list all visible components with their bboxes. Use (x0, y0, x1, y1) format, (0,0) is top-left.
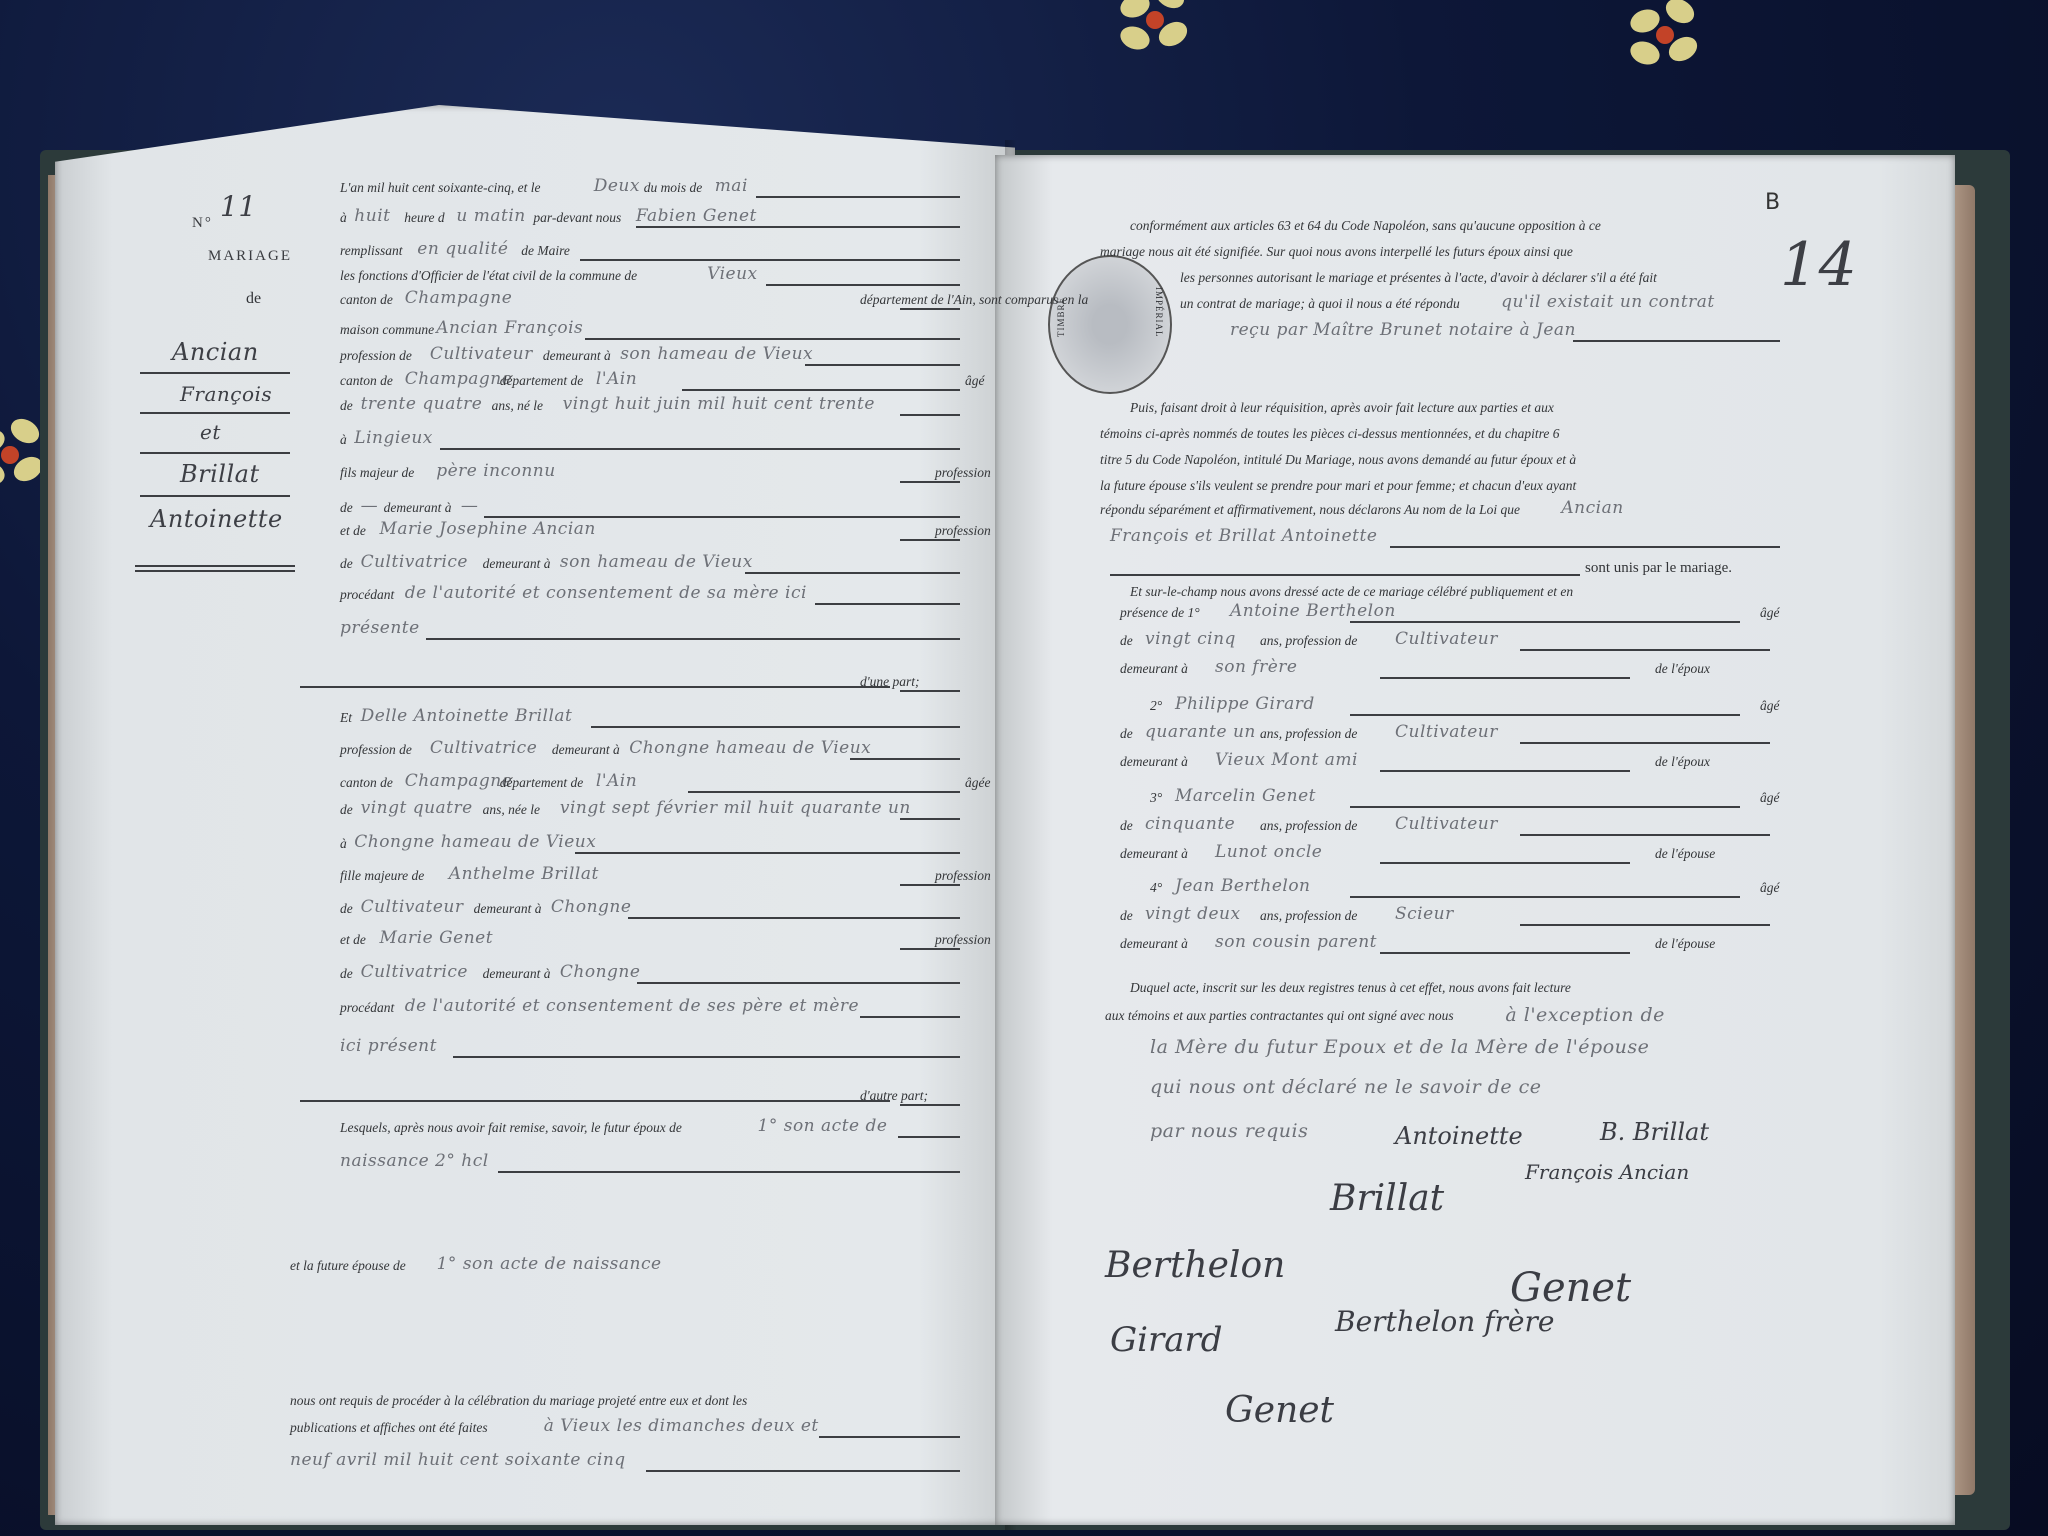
printed-text: mariage nous ait été signifiée. Sur quoi… (1100, 244, 1573, 260)
fill-rule (819, 1436, 960, 1438)
handwritten-entry: son hameau de Vieux (560, 552, 753, 572)
printed-text: profession (935, 465, 991, 481)
printed-text: fille majeure de (340, 868, 424, 884)
printed-text: répondu séparément et affirmativement, n… (1100, 502, 1520, 518)
printed-text: profession (935, 932, 991, 948)
de-label: de (1120, 908, 1133, 924)
act-number-label: N° (192, 215, 213, 232)
embroidered-flower (1120, 0, 1190, 55)
fill-rule (682, 389, 960, 391)
signature: Genet (1225, 1390, 1334, 1431)
de-label: de (1120, 818, 1133, 834)
fill-rule (900, 539, 960, 541)
fill-rule (1573, 340, 1780, 342)
printed-text: et de (340, 932, 366, 948)
handwritten-entry: à l'exception de (1505, 1004, 1665, 1026)
fill-rule (636, 226, 960, 228)
handwritten-entry: Cultivatrice (361, 552, 468, 572)
printed-text: titre 5 du Code Napoléon, intitulé Du Ma… (1100, 452, 1576, 468)
handwritten-entry: Cultivatrice (361, 962, 468, 982)
handwritten-entry: neuf avril mil huit cent soixante cinq (290, 1450, 626, 1470)
fill-rule (300, 686, 890, 688)
witness-profession: Cultivateur (1395, 722, 1498, 742)
printed-text: à (340, 836, 347, 852)
fill-rule (900, 1104, 960, 1106)
handwritten-entry: François et Brillat Antoinette (1110, 526, 1377, 546)
fill-rule (900, 414, 960, 416)
de-label: de (1120, 726, 1133, 742)
printed-text: et de (340, 523, 366, 539)
witness-ordinal: 3° (1150, 790, 1162, 806)
witness-name: Antoine Berthelon (1230, 601, 1396, 621)
fill-rule (756, 196, 960, 198)
printed-text: ans, né le (492, 398, 543, 414)
fill-rule (805, 364, 960, 366)
handwritten-entry: vingt huit juin mil huit cent trente (563, 394, 875, 414)
fill-rule (688, 791, 960, 793)
fill-rule (575, 852, 960, 854)
fill-rule (300, 1100, 890, 1102)
de-label: de (1120, 633, 1133, 649)
printed-text: de (340, 966, 353, 982)
relation-label: de l'époux (1655, 754, 1710, 770)
witness-profession: Scieur (1395, 904, 1454, 924)
handwritten-entry: reçu par Maître Brunet notaire à Jean (1230, 320, 1576, 340)
printed-text: profession (935, 868, 991, 884)
handwritten-entry: — (361, 496, 379, 516)
page-letter: B (1765, 190, 1780, 215)
age-label: âgé (1760, 698, 1780, 714)
printed-text: d'une part; (860, 674, 920, 690)
handwritten-entry: Champagne (405, 369, 513, 389)
fill-rule (1350, 621, 1740, 623)
corner-mark: 14 (1780, 230, 1857, 300)
printed-text: de (340, 398, 353, 414)
printed-text: du mois de (644, 180, 703, 196)
printed-text: de (340, 556, 353, 572)
handwritten-entry: Chongne hameau de Vieux (629, 738, 871, 758)
fill-rule (580, 259, 960, 261)
fill-rule (766, 284, 960, 286)
printed-text: un contrat de mariage; à quoi il nous a … (1180, 296, 1460, 312)
handwritten-entry: Champagne (405, 288, 513, 308)
handwritten-entry: — (461, 496, 479, 516)
printed-text: la future épouse s'ils veulent se prendr… (1100, 478, 1576, 494)
witness-ordinal: présence de 1° (1120, 605, 1200, 621)
witness-ordinal: 4° (1150, 880, 1162, 896)
fill-rule (898, 1136, 961, 1138)
handwritten-entry: de l'autorité et consentement de sa mère… (405, 583, 807, 603)
printed-text: procédant (340, 1000, 394, 1016)
printed-text: canton de (340, 373, 393, 389)
fill-rule (1520, 834, 1770, 836)
fill-rule (1110, 574, 1580, 576)
printed-text: les personnes autorisant le mariage et p… (1180, 270, 1657, 286)
fill-rule (900, 690, 960, 692)
handwritten-entry: l'Ain (596, 771, 637, 791)
printed-text: demeurant à (483, 966, 551, 982)
signature: Berthelon frère (1335, 1305, 1554, 1338)
handwritten-entry: mai (715, 176, 748, 196)
handwritten-entry: vingt sept février mil huit quarante un (560, 798, 911, 818)
printed-text: canton de (340, 292, 393, 308)
handwritten-entry: la Mère du futur Epoux et de la Mère de … (1150, 1036, 1649, 1058)
witness-age: quarante un (1145, 722, 1256, 742)
printed-text: Lesquels, après nous avoir fait remise, … (340, 1120, 682, 1136)
printed-text: aux témoins et aux parties contractantes… (1105, 1008, 1454, 1024)
fill-rule (1350, 714, 1740, 716)
printed-text: conformément aux articles 63 et 64 du Co… (1130, 218, 1601, 234)
act-number: 11 (220, 190, 257, 223)
fill-rule (815, 603, 960, 605)
printed-text: heure d (404, 210, 444, 226)
handwritten-entry: qui nous ont déclaré ne le savoir de ce (1150, 1076, 1542, 1098)
handwritten-entry: de l'autorité et consentement de ses pèr… (405, 996, 859, 1016)
fill-rule (646, 1470, 960, 1472)
fill-rule (1350, 806, 1740, 808)
fill-rule (1520, 924, 1770, 926)
printed-text: canton de (340, 775, 393, 791)
witness-profession: Cultivateur (1395, 814, 1498, 834)
fill-rule (453, 1056, 960, 1058)
fill-rule (426, 638, 960, 640)
printed-text: demeurant à (543, 348, 611, 364)
fill-rule (628, 917, 960, 919)
printed-text: de (340, 901, 353, 917)
printed-text: remplissant (340, 243, 403, 259)
embroidered-flower (1630, 0, 1700, 70)
printed-text: profession de (340, 348, 412, 364)
relation-label: de l'épouse (1655, 936, 1715, 952)
fill-rule (900, 818, 960, 820)
embroidered-flower (0, 420, 45, 490)
handwritten-entry: présente (340, 618, 420, 638)
margin-name-5: Antoinette (150, 505, 283, 533)
printed-text: profession de (340, 742, 412, 758)
printed-text: de Maire (521, 243, 570, 259)
witness-residence: Vieux Mont ami (1215, 750, 1358, 770)
fill-rule (484, 516, 960, 518)
profession-label: ans, profession de (1260, 908, 1357, 924)
printed-text: département de l'Ain, sont comparus en l… (860, 292, 1088, 308)
printed-text: âgé (965, 373, 985, 389)
handwritten-entry: u matin (456, 206, 525, 226)
fill-rule (900, 948, 960, 950)
witness-profession: Cultivateur (1395, 629, 1498, 649)
margin-name-1: Ancian (172, 338, 259, 366)
signature: B. Brillat (1600, 1118, 1709, 1146)
handwritten-entry: Cultivateur (430, 344, 533, 364)
signature: François Ancian (1525, 1160, 1689, 1184)
witness-age: vingt cinq (1145, 629, 1236, 649)
fill-rule (860, 1016, 960, 1018)
margin-rule (140, 412, 290, 414)
signature: Girard (1110, 1320, 1223, 1360)
fill-rule (900, 884, 960, 886)
handwritten-entry: en qualité (417, 239, 508, 259)
handwritten-entry: Vieux (707, 264, 758, 284)
margin-double-rule (135, 565, 295, 567)
printed-text: département de (500, 373, 584, 389)
profession-label: ans, profession de (1260, 633, 1357, 649)
fill-rule (1380, 862, 1630, 864)
printed-text: par-devant nous (533, 210, 621, 226)
witness-age: cinquante (1145, 814, 1235, 834)
handwritten-entry: Cultivateur (361, 897, 464, 917)
margin-title: MARIAGE (208, 248, 292, 265)
margin-rule (140, 452, 290, 454)
witness-name: Jean Berthelon (1175, 876, 1311, 896)
printed-text: nous ont requis de procéder à la célébra… (290, 1393, 747, 1409)
fill-rule (591, 726, 960, 728)
witness-residence: Lunot oncle (1215, 842, 1322, 862)
printed-text: les fonctions d'Officier de l'état civil… (340, 268, 637, 284)
handwritten-entry: 1° son acte de (758, 1116, 888, 1136)
printed-text: demeurant à (384, 500, 452, 516)
fill-rule (585, 338, 960, 340)
handwritten-entry: Cultivatrice (430, 738, 537, 758)
fill-rule (1390, 546, 1780, 548)
signature: Berthelon (1105, 1245, 1285, 1286)
fill-rule (1350, 896, 1740, 898)
printed-text: témoins ci-après nommés de toutes les pi… (1100, 426, 1560, 442)
printed-text: procédant (340, 587, 394, 603)
signature: Brillat (1330, 1178, 1444, 1219)
handwritten-entry: père inconnu (436, 461, 556, 481)
handwritten-entry: Chongne (551, 897, 632, 917)
printed-text: demeurant à (483, 556, 551, 572)
fill-rule (745, 572, 960, 574)
margin-rule (140, 372, 290, 374)
handwritten-entry: Marie Josephine Ancian (380, 519, 596, 539)
handwritten-entry: Ancian (1561, 498, 1623, 518)
age-label: âgé (1760, 880, 1780, 896)
residence-label: demeurant à (1120, 846, 1188, 862)
handwritten-entry: Marie Genet (380, 928, 494, 948)
handwritten-entry: qu'il existait un contrat (1501, 292, 1715, 312)
printed-text: et la future épouse de (290, 1258, 406, 1274)
margin-name-3: et (200, 420, 221, 444)
printed-text: département de (500, 775, 584, 791)
printed-text: Et (340, 710, 352, 726)
handwritten-entry: Fabien Genet (636, 206, 757, 226)
printed-text: de (340, 802, 353, 818)
printed-text: demeurant à (552, 742, 620, 758)
printed-text: maison commune (340, 322, 434, 338)
relation-label: de l'époux (1655, 661, 1710, 677)
age-label: âgé (1760, 790, 1780, 806)
margin-double-rule (135, 570, 295, 572)
fill-rule (498, 1171, 960, 1173)
printed-text: à (340, 432, 347, 448)
residence-label: demeurant à (1120, 661, 1188, 677)
fill-rule (850, 758, 960, 760)
witness-residence: son cousin parent (1215, 932, 1377, 952)
margin-de: de (246, 290, 261, 308)
witness-age: vingt deux (1145, 904, 1241, 924)
printed-text: de (340, 500, 353, 516)
handwritten-entry: Ancian François (436, 318, 583, 338)
handwritten-entry: ici présent (340, 1036, 437, 1056)
witness-name: Philippe Girard (1175, 694, 1315, 714)
margin-name-4: Brillat (180, 460, 260, 488)
profession-label: ans, profession de (1260, 726, 1357, 742)
residence-label: demeurant à (1120, 936, 1188, 952)
printed-text: demeurant à (474, 901, 542, 917)
printed-text: publications et affiches ont été faites (290, 1420, 488, 1436)
printed-text: ans, née le (483, 802, 540, 818)
printed-text: à (340, 210, 347, 226)
printed-text: Puis, faisant droit à leur réquisition, … (1130, 400, 1554, 416)
handwritten-entry: Chongne (560, 962, 641, 982)
handwritten-entry: huit (354, 206, 390, 226)
printed-text: sont unis par le mariage. (1585, 560, 1732, 577)
witness-name: Marcelin Genet (1175, 786, 1316, 806)
witness-ordinal: 2° (1150, 698, 1162, 714)
fill-rule (900, 481, 960, 483)
handwritten-entry: naissance 2° hcl (340, 1151, 489, 1171)
handwritten-entry: 1° son acte de naissance (437, 1254, 662, 1274)
printed-text: âgée (965, 775, 990, 791)
relation-label: de l'épouse (1655, 846, 1715, 862)
margin-rule (140, 495, 290, 497)
handwritten-entry: par nous requis (1150, 1120, 1308, 1142)
fill-rule (1380, 770, 1630, 772)
handwritten-entry: Deux (594, 176, 640, 196)
fill-rule (1520, 742, 1770, 744)
handwritten-entry: l'Ain (596, 369, 637, 389)
handwritten-entry: Chongne hameau de Vieux (354, 832, 596, 852)
fill-rule (637, 982, 960, 984)
age-label: âgé (1760, 605, 1780, 621)
stamp-right-text: IMPÉRIAL (1154, 287, 1164, 338)
handwritten-entry: Champagne (405, 771, 513, 791)
fill-rule (440, 448, 960, 450)
handwritten-entry: Lingieux (354, 428, 433, 448)
printed-text: profession (935, 523, 991, 539)
margin-name-2: François (180, 382, 272, 406)
handwritten-entry: son hameau de Vieux (620, 344, 813, 364)
fill-rule (1380, 677, 1630, 679)
handwritten-entry: vingt quatre (361, 798, 473, 818)
printed-text: Et sur-le-champ nous avons dressé acte d… (1130, 584, 1573, 600)
handwritten-entry: Delle Antoinette Brillat (361, 706, 573, 726)
fill-rule (1380, 952, 1630, 954)
imperial-tax-stamp: TIMBRE IMPÉRIAL (1048, 255, 1172, 394)
handwritten-entry: à Vieux les dimanches deux et (544, 1416, 819, 1436)
signature: Antoinette (1395, 1122, 1523, 1150)
handwritten-entry: trente quatre (361, 394, 483, 414)
witness-residence: son frère (1215, 657, 1297, 677)
printed-text: d'autre part; (860, 1088, 928, 1104)
printed-text: fils majeur de (340, 465, 414, 481)
handwritten-entry: Anthelme Brillat (449, 864, 599, 884)
fill-rule (1520, 649, 1770, 651)
residence-label: demeurant à (1120, 754, 1188, 770)
printed-text: Duquel acte, inscrit sur les deux regist… (1130, 980, 1571, 996)
fill-rule (900, 308, 960, 310)
printed-text: L'an mil huit cent soixante-cinq, et le (340, 180, 540, 196)
profession-label: ans, profession de (1260, 818, 1357, 834)
